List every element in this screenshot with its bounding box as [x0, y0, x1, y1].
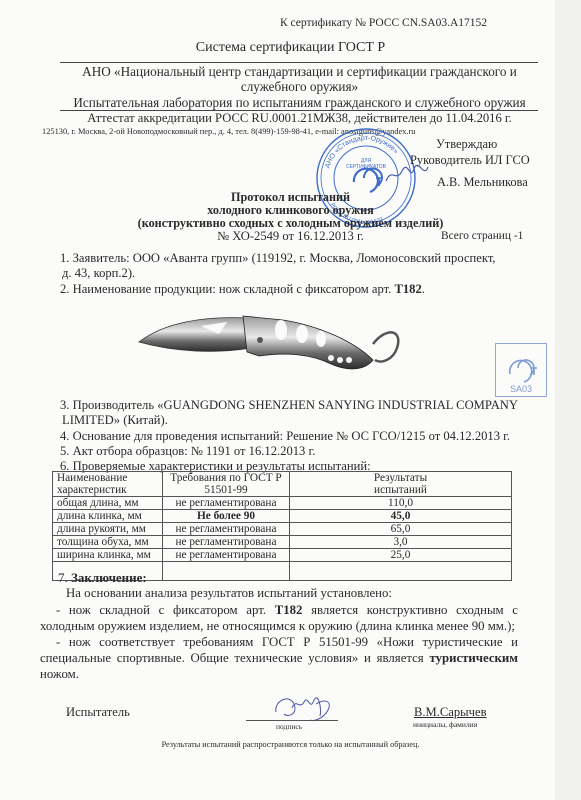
conclusion-point2: - нож соответствует требованиям ГОСТ Р 5… — [40, 634, 518, 682]
conclusion-intro: На основании анализа результатов испытан… — [66, 586, 392, 601]
header-result: Результатыиспытаний — [290, 472, 512, 497]
approver-name: А.В. Мельникова — [437, 175, 528, 190]
product-article: Т182 — [394, 282, 421, 296]
approver-signature-icon — [384, 163, 430, 185]
header-characteristic: Наименованиехарактеристик — [53, 472, 163, 497]
lab-name: Испытательная лаборатория по испытаниям … — [0, 95, 581, 111]
testing-basis: 4. Основание для проведения испытаний: Р… — [60, 429, 510, 444]
applicant-line1: 1. Заявитель: ООО «Аванта групп» (119192… — [60, 251, 496, 266]
conclusion-heading: 7. Заключение: — [58, 570, 147, 586]
footer-note: Результаты испытаний распространяются то… — [0, 740, 581, 749]
table-row: толщина обуха, мм не регламентирована 3,… — [53, 536, 512, 549]
certificate-reference: К сертификату № РОСС CN.SA03.A17152 — [280, 17, 487, 29]
sampling-act: 5. Акт отбора образцов: № 1191 от 16.12.… — [60, 444, 315, 459]
org-name-line2: служебного оружия» — [0, 79, 581, 95]
document-page: К сертификату № РОСС CN.SA03.A17152 Сист… — [0, 0, 581, 800]
table-row: длина рукояти, мм не регламентирована 65… — [53, 523, 512, 536]
header-requirement: Требования по ГОСТ Р51501-99 — [163, 472, 290, 497]
pct-emblem-icon: SA03 — [496, 344, 546, 396]
table-header-row: Наименованиехарактеристик Требования по … — [53, 472, 512, 497]
manufacturer-line1: 3. Производитель «GUANGDONG SHENZHEN SAN… — [60, 398, 518, 413]
approve-word: Утверждаю — [436, 137, 497, 152]
applicant-line2: д. 43, корп.2). — [62, 266, 135, 281]
conclusion-point1: - нож складной с фиксатором арт. Т182 яв… — [40, 602, 518, 634]
org-name-line1: АНО «Национальный центр стандартизации и… — [0, 64, 581, 80]
svg-text:SA03: SA03 — [510, 384, 532, 394]
table-row: ширина клинка, мм не регламентирована 25… — [53, 549, 512, 562]
manufacturer-line2: LIMITED» (Китай). — [62, 413, 168, 428]
signature-line — [246, 720, 338, 721]
accreditation: Аттестат аккредитации РОСС RU.0001.21МЖ3… — [0, 111, 581, 126]
tester-name: В.М.Сарычев — [414, 705, 487, 720]
header-rule — [60, 62, 538, 63]
tester-name-caption: инициалы, фамилия — [413, 720, 477, 729]
certification-mark: SA03 — [495, 343, 547, 397]
system-title: Система сертификации ГОСТ Р — [0, 40, 581, 56]
signature-caption: подпись — [276, 722, 302, 731]
table-row: общая длина, мм не регламентирована 110,… — [53, 497, 512, 510]
results-table: Наименованиехарактеристик Требования по … — [52, 471, 512, 581]
table-row: длина клинка, мм Не более 90 45,0 — [53, 510, 512, 523]
knife-photo-icon — [135, 308, 405, 378]
tester-signature-icon — [270, 688, 342, 724]
tester-role: Испытатель — [66, 705, 130, 720]
svg-text:СЕРТИФИКАТОВ: СЕРТИФИКАТОВ — [346, 164, 387, 170]
product-name: 2. Наименование продукции: нож складной … — [60, 282, 425, 297]
total-pages: Всего страниц -1 — [441, 230, 523, 242]
